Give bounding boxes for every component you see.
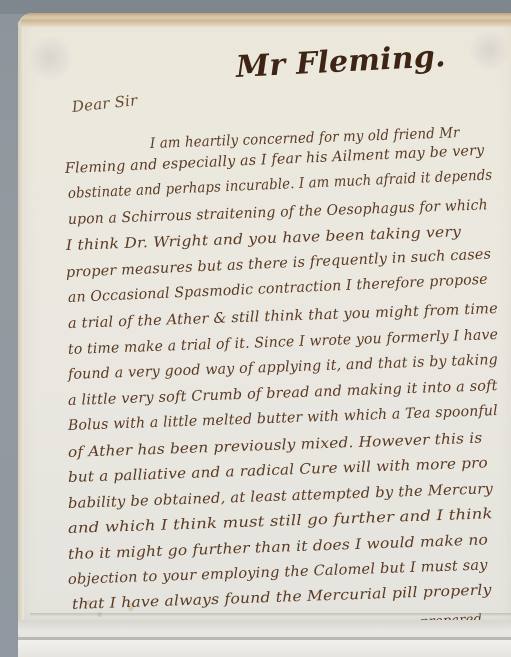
lower-page-strip [18, 640, 511, 657]
scan-top-border [0, 0, 511, 14]
page-fold-line [30, 613, 511, 616]
page-top-edge-discoloration [20, 13, 511, 27]
paper-stain-left [28, 36, 72, 80]
page-left-edge [18, 22, 24, 622]
paper-stain-right [470, 30, 510, 70]
